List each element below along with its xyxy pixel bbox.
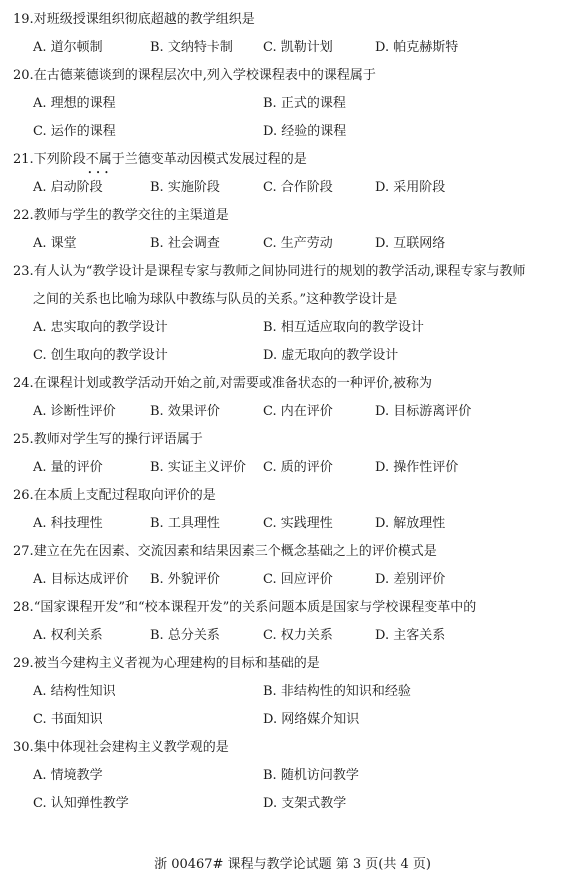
option-c: C. 权力关系 [263, 628, 333, 644]
question-text: 在课程计划或教学活动开始之前,对需要或准备状态的一种评价,被称为 [34, 376, 432, 391]
option-c: C. 凯勒计划 [263, 40, 333, 56]
option-d: D. 帕克赫斯特 [375, 40, 458, 56]
question-23: 23.有人认为“教学设计是课程专家与教师之间协同进行的规划的教学活动,课程专家与… [13, 264, 525, 280]
question-number: 25. [13, 432, 34, 447]
question-30: 30.集中体现社会建构主义教学观的是 [13, 740, 229, 756]
question-number: 20. [13, 68, 34, 83]
option-a: A. 科技理性 [33, 516, 103, 532]
question-21: 21.下列阶段不属于兰德变革动因模式发展过程的是 [13, 152, 307, 168]
option-c: C. 书面知识 [33, 712, 103, 728]
option-a: A. 道尔顿制 [33, 40, 103, 56]
question-number: 21. [13, 152, 34, 167]
question-text: 集中体现社会建构主义教学观的是 [34, 740, 229, 755]
option-b: B. 总分关系 [150, 628, 220, 644]
question-number: 23. [13, 264, 34, 279]
option-d: D. 支架式教学 [263, 796, 346, 812]
question-number: 27. [13, 544, 34, 559]
question-number: 26. [13, 488, 34, 503]
option-d: D. 网络媒介知识 [263, 712, 359, 728]
question-27: 27.建立在先在因素、交流因素和结果因素三个概念基础之上的评价模式是 [13, 544, 437, 560]
option-a: A. 目标达成评价 [33, 572, 129, 588]
question-text: 对班级授课组织彻底超越的教学组织是 [34, 12, 255, 27]
option-b: B. 效果评价 [150, 404, 220, 420]
option-b: B. 非结构性的知识和经验 [263, 684, 411, 700]
option-a: A. 诊断性评价 [33, 404, 116, 420]
option-c: C. 回应评价 [263, 572, 333, 588]
question-26: 26.在本质上支配过程取向评价的是 [13, 488, 216, 504]
option-d: D. 差别评价 [375, 572, 445, 588]
option-b: B. 相互适应取向的教学设计 [263, 320, 424, 336]
exam-page: 19.对班级授课组织彻底超越的教学组织是 A. 道尔顿制 B. 文纳特卡制 C.… [0, 0, 585, 885]
option-b: B. 正式的课程 [263, 96, 346, 112]
option-b: B. 实施阶段 [150, 180, 220, 196]
option-d: D. 目标游离评价 [375, 404, 471, 420]
option-a: A. 理想的课程 [33, 96, 116, 112]
option-a: A. 权利关系 [33, 628, 103, 644]
question-text: 被当今建构主义者视为心理建构的目标和基础的是 [34, 656, 320, 671]
page-footer: 浙 00467# 课程与教学论试题 第 3 页(共 4 页) [0, 853, 585, 872]
question-text-pre: 下列阶段 [34, 152, 86, 167]
option-c: C. 合作阶段 [263, 180, 333, 196]
question-text: 教师与学生的教学交往的主渠道是 [34, 208, 229, 223]
question-20: 20.在古德莱德谈到的课程层次中,列入学校课程表中的课程属于 [13, 68, 376, 84]
question-24: 24.在课程计划或教学活动开始之前,对需要或准备状态的一种评价,被称为 [13, 376, 432, 392]
question-text: “国家课程开发”和“校本课程开发”的关系问题本质是国家与学校课程变革中的 [34, 600, 477, 615]
option-b: B. 随机访问教学 [263, 768, 359, 784]
option-d: D. 主客关系 [375, 628, 445, 644]
question-number: 30. [13, 740, 34, 755]
option-c: C. 生产劳动 [263, 236, 333, 252]
option-b: B. 外貌评价 [150, 572, 220, 588]
option-d: D. 采用阶段 [375, 180, 445, 196]
option-a: A. 量的评价 [33, 460, 103, 476]
option-d: D. 经验的课程 [263, 124, 346, 140]
option-a: A. 课堂 [33, 236, 77, 252]
option-b: B. 实证主义评价 [150, 460, 246, 476]
option-b: B. 社会调查 [150, 236, 220, 252]
option-d: D. 互联网络 [375, 236, 445, 252]
question-text: 教师对学生写的操行评语属于 [34, 432, 203, 447]
question-number: 28. [13, 600, 34, 615]
option-a: A. 情境教学 [33, 768, 103, 784]
option-c: C. 质的评价 [263, 460, 333, 476]
option-a: A. 启动阶段 [33, 180, 103, 196]
option-c: C. 创生取向的教学设计 [33, 348, 168, 364]
option-c: C. 认知弹性教学 [33, 796, 129, 812]
question-23-continued: 之间的关系也比喻为球队中教练与队员的关系。”这种教学设计是 [33, 292, 397, 308]
option-c: C. 实践理性 [263, 516, 333, 532]
option-a: A. 忠实取向的教学设计 [33, 320, 168, 336]
question-number: 22. [13, 208, 34, 223]
question-22: 22.教师与学生的教学交往的主渠道是 [13, 208, 229, 224]
question-28: 28.“国家课程开发”和“校本课程开发”的关系问题本质是国家与学校课程变革中的 [13, 600, 476, 616]
option-b: B. 文纳特卡制 [150, 40, 233, 56]
question-number: 24. [13, 376, 34, 391]
emphasized-text: 不属于 [86, 152, 125, 167]
question-text: 在古德莱德谈到的课程层次中,列入学校课程表中的课程属于 [34, 68, 376, 83]
question-text: 有人认为“教学设计是课程专家与教师之间协同进行的规划的教学活动,课程专家与教师 [34, 264, 526, 279]
question-19: 19.对班级授课组织彻底超越的教学组织是 [13, 12, 255, 28]
question-text-post: 兰德变革动因模式发展过程的是 [125, 152, 307, 167]
option-a: A. 结构性知识 [33, 684, 116, 700]
question-text: 在本质上支配过程取向评价的是 [34, 488, 216, 503]
option-c: C. 运作的课程 [33, 124, 116, 140]
question-text: 建立在先在因素、交流因素和结果因素三个概念基础之上的评价模式是 [34, 544, 437, 559]
question-29: 29.被当今建构主义者视为心理建构的目标和基础的是 [13, 656, 320, 672]
option-d: D. 虚无取向的教学设计 [263, 348, 398, 364]
option-d: D. 操作性评价 [375, 460, 458, 476]
question-25: 25.教师对学生写的操行评语属于 [13, 432, 203, 448]
question-number: 19. [13, 12, 34, 27]
question-number: 29. [13, 656, 34, 671]
option-d: D. 解放理性 [375, 516, 445, 532]
option-b: B. 工具理性 [150, 516, 220, 532]
option-c: C. 内在评价 [263, 404, 333, 420]
